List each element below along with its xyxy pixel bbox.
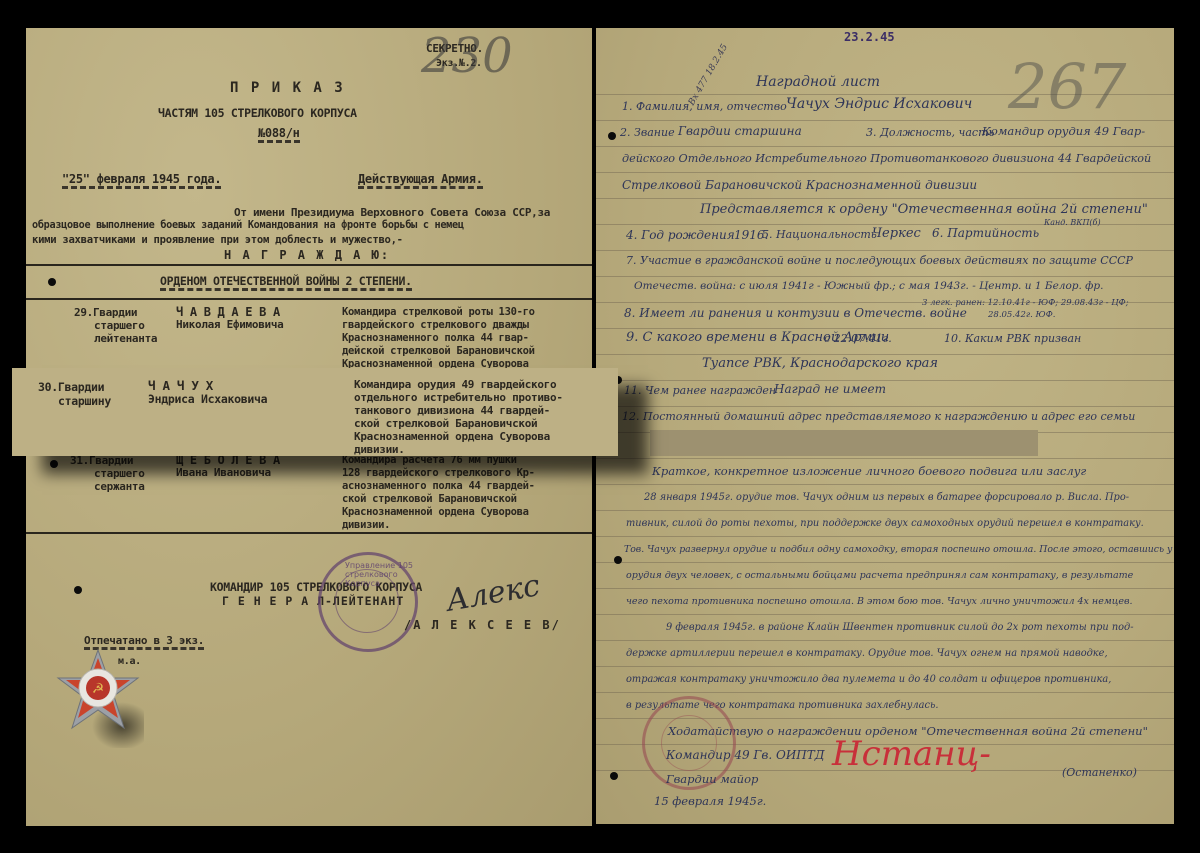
- field-1-value: Чачух Эндрис Исхакович: [786, 96, 972, 112]
- summary-heading: Краткое, конкретное изложение личного бо…: [652, 464, 1086, 478]
- order-of-patriotic-war-medal-icon: ☭: [52, 648, 144, 748]
- entry-rank: старшего: [94, 467, 145, 480]
- field-3-label: 3. Должность, часть: [866, 126, 995, 139]
- entry-given-names: Эндриса Исхаковича: [148, 392, 267, 406]
- nominated-for: Представляется к ордену "Отечественная в…: [700, 202, 1148, 217]
- field-7-label: 7. Участие в гражданской войне и последу…: [626, 254, 1133, 267]
- punch-hole: [74, 586, 82, 594]
- registration-note: Вх 477 18.2.45: [687, 43, 730, 108]
- corps-stamp: Управление 105 стрелкового Корпуса: [318, 552, 418, 652]
- field-6-label: 6. Партийность: [932, 226, 1039, 240]
- award-heading: Н А Г Р А Ж Д А Ю:: [224, 248, 390, 262]
- field-2-value: Гвардии старшина: [678, 124, 802, 138]
- sheet-title: Наградной лист: [756, 74, 880, 90]
- section-divider: [26, 298, 592, 300]
- field-8-value: 28.05.42г. ЮФ.: [988, 310, 1055, 320]
- order-location: Действующая Армия.: [358, 172, 483, 189]
- received-date-stamp: 23.2.45: [844, 30, 895, 44]
- section-divider: [26, 264, 592, 266]
- handwritten-number: 267: [1008, 50, 1126, 123]
- handwritten-number: 230: [421, 28, 513, 84]
- punch-hole: [50, 460, 58, 468]
- entry-surname: Ч А В Д А Е В А: [176, 305, 280, 319]
- field-5-value: Черкес: [872, 226, 921, 241]
- signer-title: Командир 49 Гв. ОИПТД: [666, 748, 825, 762]
- preamble-line-2: образцовое выполнение боевых заданий Ком…: [32, 220, 464, 231]
- entry-position: Командира орудия 49 гвардейского отдельн…: [354, 378, 563, 456]
- signer-name: (Останенко): [1062, 766, 1137, 779]
- punch-hole: [48, 278, 56, 286]
- commander-signature: Нстанц-: [832, 734, 991, 774]
- summary-line: 28 января 1945г. орудие тов. Чачух одним…: [644, 492, 1129, 503]
- section-divider: [26, 532, 592, 534]
- field-10-label: 10. Каким РВК призван: [944, 332, 1081, 345]
- summary-line: 9 февраля 1945г. в районе Клайн Швентен …: [666, 622, 1134, 633]
- summary-line: чего пехота противника поспешно отошла. …: [626, 596, 1133, 607]
- award-sheet-document: 23.2.45 Вх 477 18.2.45 267 Наградной лис…: [596, 28, 1174, 824]
- field-12-label: 12. Постоянный домашний адрес представля…: [622, 410, 1135, 423]
- svg-text:☭: ☭: [92, 681, 105, 697]
- field-1-label: 1. Фамилия, имя, отчество: [622, 100, 787, 113]
- entry-rank: старшего: [94, 319, 145, 332]
- commander-signature: Алекс: [444, 568, 543, 619]
- field-7-value: Отечеств. война: с июля 1941г - Южный фр…: [634, 280, 1103, 292]
- entry-rank: старшину: [58, 394, 111, 408]
- field-3-value: дейского Отдельного Истребительного Прот…: [622, 152, 1151, 165]
- field-8-label: 8. Имеет ли ранения и контузии в Отечест…: [624, 306, 967, 320]
- entry-given-names: Николая Ефимовича: [176, 318, 283, 331]
- punch-hole: [610, 772, 618, 780]
- field-4-label: 4. Год рождения: [626, 228, 735, 242]
- field-6-value: Канд. ВКП(б): [1044, 218, 1101, 227]
- order-name: ОРДЕНОМ ОТЕЧЕСТВЕННОЙ ВОЙНЫ 2 СТЕПЕНИ.: [160, 274, 412, 291]
- preamble-line-3: кими захватчиками и проявление при этом …: [32, 234, 403, 246]
- field-10-value: Туапсе РВК, Краснодарского края: [702, 356, 938, 371]
- signer-rank: Гвардии майор: [666, 772, 758, 786]
- entry-rank: 29.Гвардии: [74, 306, 137, 319]
- order-number: №088/н: [258, 126, 300, 143]
- entry-given-names: Ивана Ивановича: [176, 466, 271, 479]
- order-subtitle: ЧАСТЯМ 105 СТРЕЛКОВОГО КОРПУСА: [158, 106, 357, 120]
- entry-rank: 30.Гвардии: [38, 380, 104, 394]
- summary-line: тивник, силой до роты пехоты, при поддер…: [626, 518, 1144, 529]
- commander-name: /А Л Е К С Е Е В/: [404, 618, 561, 632]
- entry-rank: лейтенанта: [94, 332, 157, 345]
- field-11-label: 11. Чем ранее награжден: [624, 384, 776, 397]
- order-title: П Р И К А З: [230, 80, 345, 96]
- field-9-value: с 22.07.41г.: [824, 332, 892, 345]
- punch-hole: [608, 132, 616, 140]
- summary-line: Тов. Чачух развернул орудие и подбил одн…: [624, 544, 1172, 555]
- field-3-value: Командир орудия 49 Гвар-: [982, 124, 1145, 138]
- entry-position: Командира расчета 76 мм пушки 128 гварде…: [342, 454, 535, 532]
- field-3-value: Стрелковой Барановичской Краснознаменной…: [622, 178, 977, 192]
- signature-date: 15 февраля 1945г.: [654, 794, 766, 808]
- highlighted-award-entry: 30.Гвардии старшину Ч А Ч У Х Эндриса Ис…: [12, 368, 618, 456]
- field-2-label: 2. Звание: [620, 126, 675, 139]
- entry-rank: сержанта: [94, 480, 145, 493]
- redacted-address: [650, 430, 1038, 456]
- summary-line: держке артиллерии перешел в контратаку. …: [626, 648, 1108, 659]
- summary-line: орудия двух человек, с остальными бойцам…: [626, 570, 1133, 581]
- field-5-label: 5. Национальность: [762, 228, 877, 241]
- entry-position: Командира стрелковой роты 130-го гвардей…: [342, 306, 535, 371]
- punch-hole: [614, 556, 622, 564]
- entry-surname: Ч А Ч У Х: [148, 378, 213, 393]
- preamble-line-1: От имени Президиума Верховного Совета Со…: [234, 206, 550, 219]
- field-11-value: Наград не имеет: [774, 382, 886, 396]
- order-date: "25" февраля 1945 года.: [62, 172, 221, 189]
- field-8-value: 3 легк. ранен: 12.10.41г - ЮФ; 29.08.43г…: [922, 298, 1129, 308]
- summary-line: отражая контратаку уничтожило два пулеме…: [626, 674, 1111, 685]
